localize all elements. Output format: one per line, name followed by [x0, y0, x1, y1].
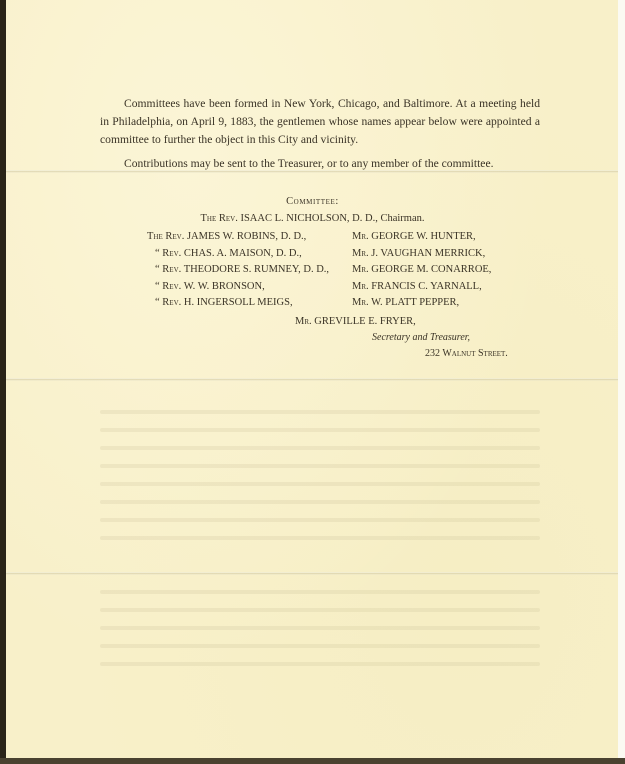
member-name: J. VAUGHAN MERRICK,: [371, 248, 485, 259]
member-entry: Mr. GEORGE W. HUNTER,: [352, 229, 491, 246]
member-entry: “ Rev. H. INGERSOLL MEIGS,: [147, 295, 329, 312]
member-name: FRANCIS C. YARNALL,: [371, 281, 481, 292]
show-through-texture: [100, 626, 540, 630]
chairman-prefix: The Rev.: [200, 213, 237, 224]
member-prefix: “ Rev.: [155, 264, 181, 275]
show-through-texture: [100, 644, 540, 648]
show-through-texture: [100, 482, 540, 486]
show-through-texture: [100, 500, 540, 504]
member-prefix: Mr.: [352, 297, 369, 308]
intro-paragraph: Committees have been formed in New York,…: [100, 95, 540, 149]
member-name: W. PLATT PEPPER,: [371, 297, 459, 308]
show-through-texture: [100, 536, 540, 540]
member-entry: “ Rev. CHAS. A. MAISON, D. D.,: [147, 246, 329, 263]
member-entry: Mr. GEORGE M. CONARROE,: [352, 262, 491, 279]
secretary-fullname: GREVILLE E. FRYER,: [314, 316, 416, 327]
member-prefix: Mr.: [352, 231, 369, 242]
member-prefix: Mr.: [352, 248, 369, 259]
chairman-line: The Rev. ISAAC L. NICHOLSON, D. D., Chai…: [0, 213, 625, 224]
member-name: H. INGERSOLL MEIGS,: [184, 297, 293, 308]
show-through-texture: [100, 464, 540, 468]
secretary-name: Mr. GREVILLE E. FRYER,: [295, 316, 416, 327]
member-name: GEORGE M. CONARROE,: [371, 264, 491, 275]
paragraph-text: Committees have been formed in New York,…: [100, 95, 540, 149]
chairman-role: Chairman.: [380, 213, 424, 224]
member-entry: “ Rev. THEODORE S. RUMNEY, D. D.,: [147, 262, 329, 279]
secretary-prefix: Mr.: [295, 316, 312, 327]
contributions-paragraph: Contributions may be sent to the Treasur…: [100, 155, 540, 173]
member-entry: The Rev. JAMES W. ROBINS, D. D.,: [147, 229, 329, 246]
show-through-texture: [100, 410, 540, 414]
secretary-address: 232 Walnut Street.: [425, 348, 508, 359]
show-through-texture: [100, 428, 540, 432]
fold-line: [6, 572, 618, 575]
member-prefix: Mr.: [352, 264, 369, 275]
fold-line: [6, 378, 618, 381]
show-through-texture: [100, 608, 540, 612]
show-through-texture: [100, 446, 540, 450]
member-name: GEORGE W. HUNTER,: [371, 231, 475, 242]
scan-bottom-edge: [0, 758, 625, 764]
chairman-name: ISAAC L. NICHOLSON, D. D.,: [240, 213, 377, 224]
member-prefix: The Rev.: [147, 231, 184, 242]
member-entry: Mr. FRANCIS C. YARNALL,: [352, 279, 491, 296]
committee-members-left: The Rev. JAMES W. ROBINS, D. D., “ Rev. …: [147, 229, 329, 312]
member-entry: “ Rev. W. W. BRONSON,: [147, 279, 329, 296]
member-name: THEODORE S. RUMNEY, D. D.,: [184, 264, 329, 275]
show-through-texture: [100, 590, 540, 594]
member-prefix: “ Rev.: [155, 281, 181, 292]
member-name: CHAS. A. MAISON, D. D.,: [184, 248, 302, 259]
committee-members-right: Mr. GEORGE W. HUNTER, Mr. J. VAUGHAN MER…: [352, 229, 491, 312]
member-prefix: “ Rev.: [155, 297, 181, 308]
member-prefix: “ Rev.: [155, 248, 181, 259]
committee-heading: Committee:: [0, 196, 625, 207]
scan-right-edge: [618, 0, 625, 764]
member-entry: Mr. W. PLATT PEPPER,: [352, 295, 491, 312]
show-through-texture: [100, 518, 540, 522]
member-entry: Mr. J. VAUGHAN MERRICK,: [352, 246, 491, 263]
member-name: W. W. BRONSON,: [184, 281, 265, 292]
show-through-texture: [100, 662, 540, 666]
paragraph-text: Contributions may be sent to the Treasur…: [100, 155, 540, 173]
member-name: JAMES W. ROBINS, D. D.,: [187, 231, 306, 242]
secretary-title: Secretary and Treasurer,: [372, 332, 470, 343]
member-prefix: Mr.: [352, 281, 369, 292]
